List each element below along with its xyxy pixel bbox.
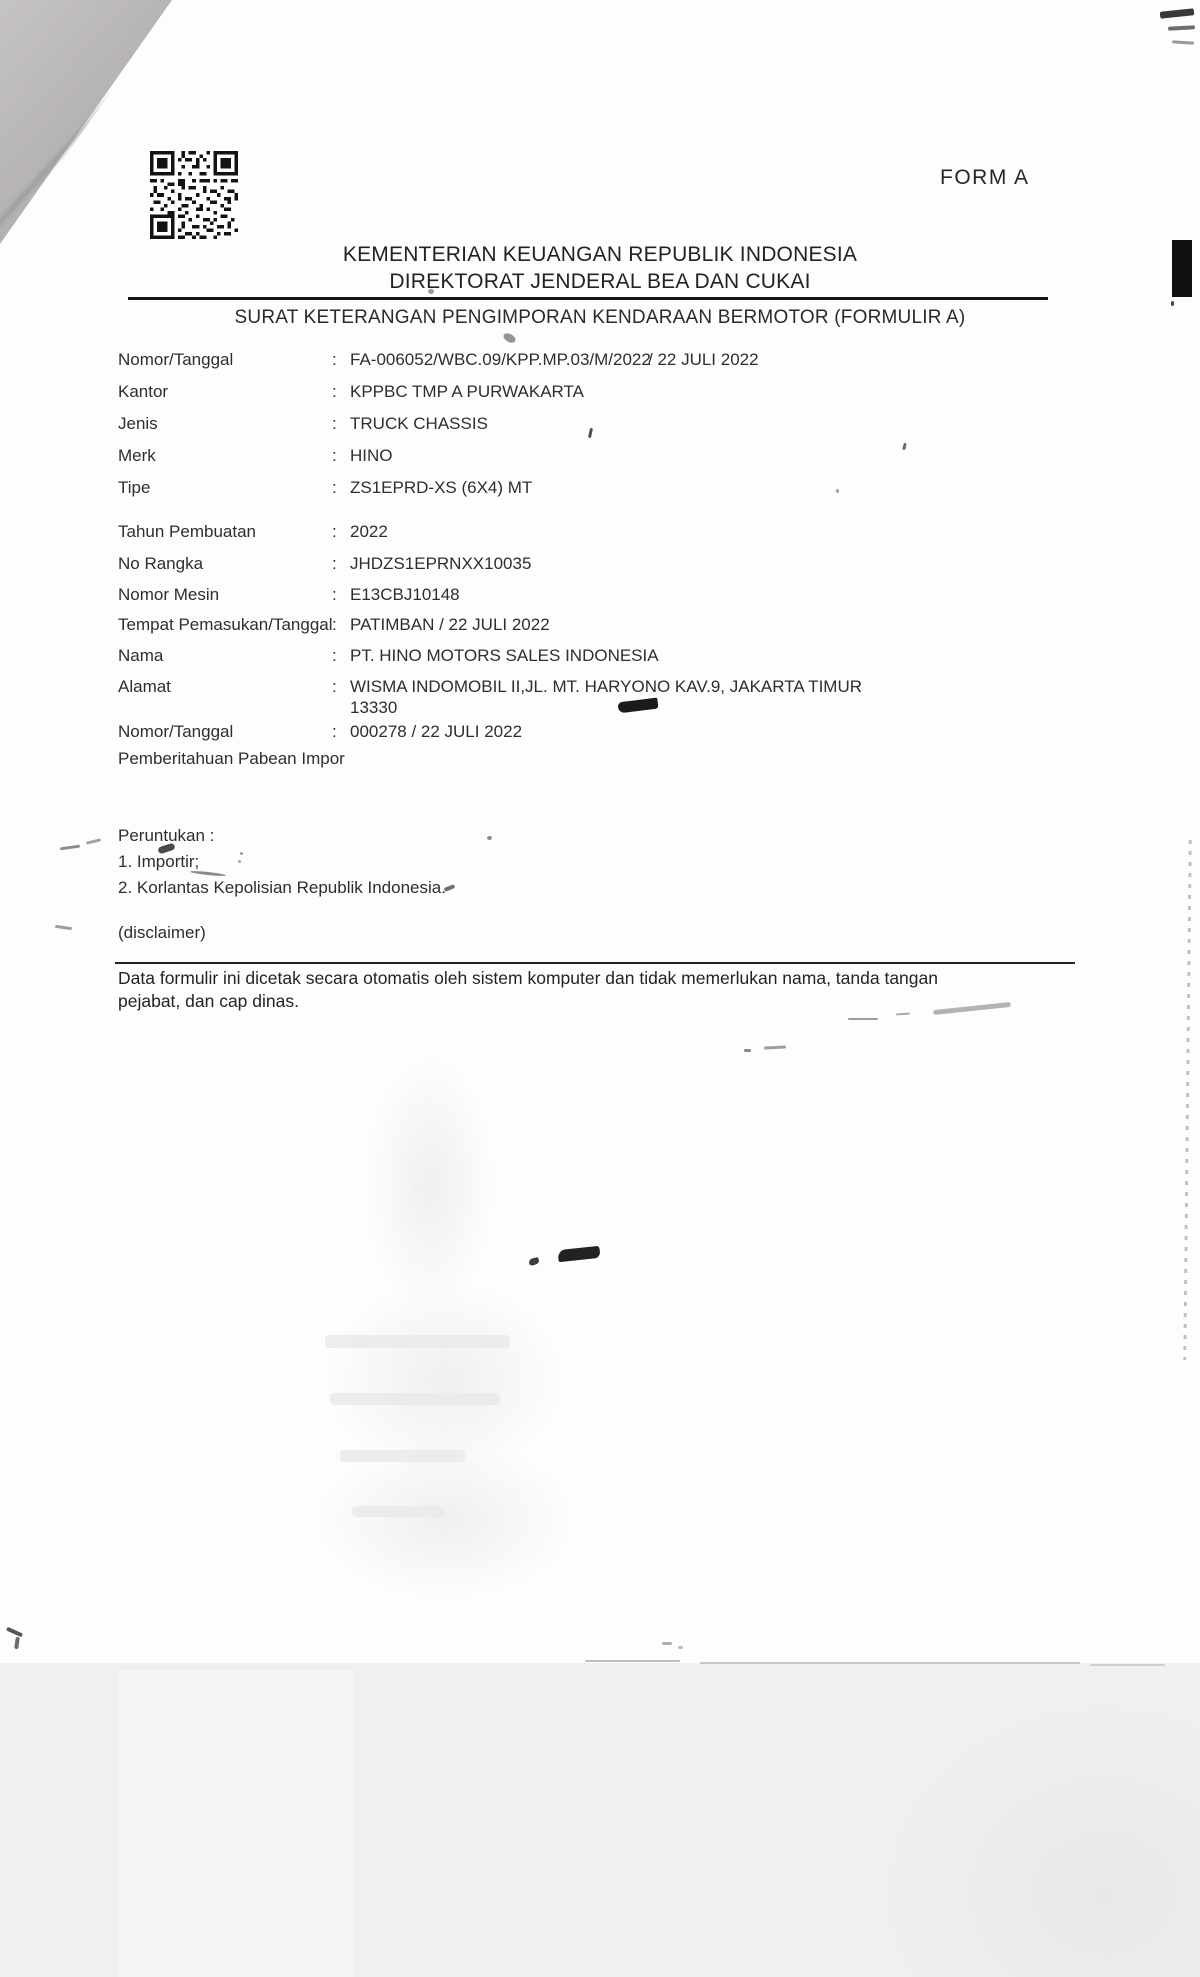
field-label: Kantor xyxy=(118,382,168,402)
bleed-through-ghost xyxy=(365,1055,495,1315)
field-label: Jenis xyxy=(118,414,158,434)
field-colon: : xyxy=(332,350,337,370)
bleed-through-text-shadow xyxy=(330,1393,500,1405)
field-value: PATIMBAN / 22 JULI 2022 xyxy=(350,615,550,635)
scanned-document-page: FORM A KEMENTERIAN KEUANGAN REPUBLIK IND… xyxy=(0,0,1200,1977)
field-row-nomor-tanggal: Nomor/Tanggal : FA-006052/WBC.09/KPP.MP.… xyxy=(0,350,1200,372)
pencil-mark xyxy=(487,836,492,840)
field-value: PT. HINO MOTORS SALES INDONESIA xyxy=(350,646,659,666)
scan-speck xyxy=(428,289,434,294)
field-value: E13CBJ10148 xyxy=(350,585,460,605)
bleed-through-ghost xyxy=(315,1440,575,1600)
field-row-nomor-tanggal-2: Nomor/Tanggal : 000278 / 22 JULI 2022 xyxy=(0,722,1200,744)
field-colon: : xyxy=(332,585,337,605)
pencil-mark xyxy=(240,852,243,855)
scan-mark xyxy=(1172,40,1194,45)
scan-black-mark xyxy=(1172,240,1192,297)
field-colon: : xyxy=(332,382,337,402)
field-value: TRUCK CHASSIS xyxy=(350,414,488,434)
pencil-mark xyxy=(764,1045,786,1049)
bleed-through-text-shadow xyxy=(325,1335,510,1348)
field-value: FA-006052/WBC.09/KPP.MP.03/M/2022 xyxy=(350,350,651,370)
field-row-jenis: Jenis : TRUCK CHASSIS xyxy=(0,414,1200,436)
field-row-no-rangka: No Rangka : JHDZS1EPRNXX10035 xyxy=(0,554,1200,576)
field-label: Pemberitahuan Pabean Impor xyxy=(118,749,345,769)
field-label: Tipe xyxy=(118,478,150,498)
scan-crease-line xyxy=(1090,1664,1165,1666)
footer-note: Data formulir ini dicetak secara otomati… xyxy=(118,967,1108,1013)
field-label: No Rangka xyxy=(118,554,203,574)
field-value-date: / 22 JULI 2022 xyxy=(648,350,759,370)
field-colon: : xyxy=(332,414,337,434)
field-label: Tahun Pembuatan xyxy=(118,522,256,542)
field-row-alamat: Alamat : WISMA INDOMOBIL II,JL. MT. HARY… xyxy=(0,677,1200,699)
bleed-through-text-shadow xyxy=(352,1506,444,1517)
qr-code-icon xyxy=(150,149,238,241)
ink-smudge xyxy=(557,1246,600,1262)
peruntukan-heading: Peruntukan : xyxy=(118,826,214,846)
field-colon: : xyxy=(332,677,337,697)
field-colon: : xyxy=(332,615,337,635)
peruntukan-item-1: 1. Importir; xyxy=(118,852,199,872)
footer-note-line1: Data formulir ini dicetak secara otomati… xyxy=(118,967,1108,990)
scan-speck xyxy=(836,489,839,493)
field-label: Tempat Pemasukan/Tanggal xyxy=(118,615,333,635)
ministry-line2: DIREKTORAT JENDERAL BEA DAN CUKAI xyxy=(0,268,1200,295)
field-colon: : xyxy=(332,446,337,466)
field-colon: : xyxy=(332,646,337,666)
footer-rule xyxy=(115,962,1075,964)
ink-smudge xyxy=(528,1257,539,1266)
field-value: JHDZS1EPRNXX10035 xyxy=(350,554,531,574)
scan-bottom-shading-dark xyxy=(880,1700,1200,1977)
field-colon: : xyxy=(332,522,337,542)
pencil-mark xyxy=(678,1646,683,1649)
field-value: WISMA INDOMOBIL II,JL. MT. HARYONO KAV.9… xyxy=(350,677,862,697)
pencil-mark xyxy=(55,925,72,930)
scan-bottom-shading-light xyxy=(118,1670,353,1977)
field-row-tipe: Tipe : ZS1EPRD-XS (6X4) MT xyxy=(0,478,1200,500)
field-colon: : xyxy=(332,478,337,498)
document-title: SURAT KETERANGAN PENGIMPORAN KENDARAAN B… xyxy=(0,307,1200,329)
scan-crease-line xyxy=(700,1662,1080,1664)
field-row-pemberitahuan-pabean-impor: Pemberitahuan Pabean Impor xyxy=(0,749,1200,771)
field-value: KPPBC TMP A PURWAKARTA xyxy=(350,382,584,402)
field-row-nama: Nama : PT. HINO MOTORS SALES INDONESIA xyxy=(0,646,1200,668)
bleed-through-text-shadow xyxy=(340,1450,465,1462)
field-row-merk: Merk : HINO xyxy=(0,446,1200,468)
field-value: ZS1EPRD-XS (6X4) MT xyxy=(350,478,532,498)
field-row-kantor: Kantor : KPPBC TMP A PURWAKARTA xyxy=(0,382,1200,404)
field-colon: : xyxy=(332,554,337,574)
pencil-mark xyxy=(744,1049,751,1052)
pencil-mark xyxy=(238,860,241,863)
field-value-line2: 13330 xyxy=(350,698,397,718)
scan-scratch-line xyxy=(1183,840,1191,1360)
field-row-tempat-pemasukan: Tempat Pemasukan/Tanggal : PATIMBAN / 22… xyxy=(0,615,1200,637)
field-label: Nomor Mesin xyxy=(118,585,219,605)
scan-mark xyxy=(6,1627,23,1638)
peruntukan-item-2: 2. Korlantas Kepolisian Republik Indones… xyxy=(118,878,446,898)
disclaimer-text: (disclaimer) xyxy=(118,923,206,943)
scan-speck xyxy=(1171,301,1174,306)
field-label: Nama xyxy=(118,646,163,666)
scan-crease-line xyxy=(585,1660,680,1662)
header-rule xyxy=(128,297,1048,300)
scan-mark xyxy=(1168,25,1195,30)
field-label: Merk xyxy=(118,446,156,466)
scan-speck xyxy=(502,331,517,344)
field-value: 000278 / 22 JULI 2022 xyxy=(350,722,522,742)
field-colon: : xyxy=(332,722,337,742)
scan-mark xyxy=(1160,8,1195,19)
pencil-mark xyxy=(662,1642,672,1645)
form-code: FORM A xyxy=(940,166,1030,190)
field-value: 2022 xyxy=(350,522,388,542)
pencil-mark xyxy=(86,838,101,845)
field-row-nomor-mesin: Nomor Mesin : E13CBJ10148 xyxy=(0,585,1200,607)
pencil-mark xyxy=(60,845,80,851)
field-label: Alamat xyxy=(118,677,171,697)
pencil-mark xyxy=(848,1018,878,1020)
field-value: HINO xyxy=(350,446,393,466)
field-label: Nomor/Tanggal xyxy=(118,350,233,370)
field-row-tahun-pembuatan: Tahun Pembuatan : 2022 xyxy=(0,522,1200,544)
pencil-mark xyxy=(896,1013,910,1016)
ministry-line1: KEMENTERIAN KEUANGAN REPUBLIK INDONESIA xyxy=(0,241,1200,268)
field-label: Nomor/Tanggal xyxy=(118,722,233,742)
ink-smudge xyxy=(617,698,658,714)
ministry-header: KEMENTERIAN KEUANGAN REPUBLIK INDONESIA … xyxy=(0,241,1200,295)
pencil-mark xyxy=(190,870,226,877)
scan-mark xyxy=(14,1637,20,1649)
